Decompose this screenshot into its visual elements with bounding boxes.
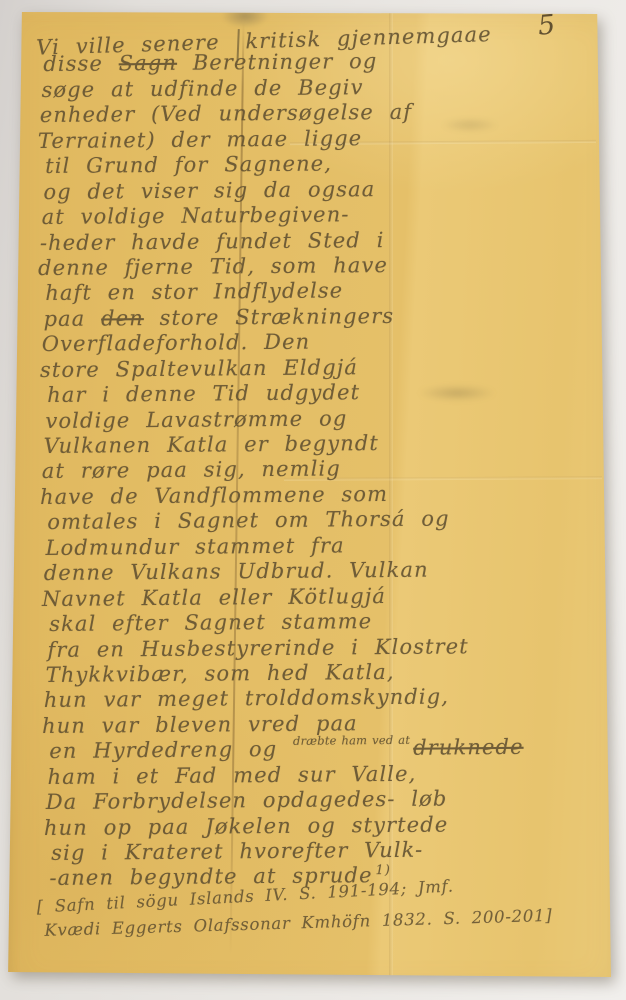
text-segment: store Spaltevulkan Eldgjá — [40, 355, 358, 382]
manuscript-photo: 5 Vi ville senere kritisk gjennemgaaedis… — [0, 0, 626, 1000]
text-segment: at voldige Naturbegiven- — [42, 202, 350, 229]
struck-text: druknede — [413, 735, 524, 760]
text-segment: Terrainet) der maae ligge — [38, 126, 362, 153]
text-segment: Da Forbrydelsen opdagedes- løb — [46, 787, 448, 815]
text-segment: denne Vulkans Udbrud. Vulkan — [44, 558, 429, 585]
text-segment: enheder (Ved undersøgelse af — [40, 100, 413, 127]
text-segment: denne fjerne Tid, som have — [38, 253, 388, 280]
text-segment: -heder havde fundet Sted i — [40, 228, 385, 255]
text-segment: en Hyrdedreng og — [49, 737, 293, 763]
text-segment: have de Vandflommene som — [40, 482, 388, 509]
text-segment: og det viser sig da ogsaa — [43, 177, 375, 204]
manuscript-text: Vi ville senere kritisk gjennemgaaedisse… — [40, 22, 623, 892]
text-segment: Vulkanen Katla er begyndt — [44, 431, 379, 458]
text-segment: fra en Husbestyrerinde i Klostret — [47, 634, 469, 662]
text-segment: sig i Krateret hvorefter Vulk- — [51, 838, 423, 865]
text-segment: har i denne Tid udgydet — [47, 380, 360, 407]
text-segment: hun var meget trolddomskyndig, — [44, 685, 449, 713]
text-segment: Thykkvibær, som hed Katla, — [46, 660, 395, 687]
paper-shadow: 5 Vi ville senere kritisk gjennemgaaedis… — [0, 0, 626, 1000]
text-segment: haft en stor Indflydelse — [45, 279, 343, 306]
text-segment: Lodmundur stammet fra — [45, 533, 344, 560]
manuscript-paper: 5 Vi ville senere kritisk gjennemgaaedis… — [0, 0, 626, 1000]
text-segment: voldige Lavastrømme og — [45, 406, 347, 433]
text-segment: ham i et Fad med sur Valle, — [47, 761, 416, 788]
text-segment: søge at udfinde de Begiv — [41, 75, 363, 102]
inserted-text: dræbte ham ved at — [293, 733, 410, 748]
text-segment: til Grund for Sagnene, — [45, 152, 332, 179]
text-segment: omtales i Sagnet om Thorsá og — [47, 507, 450, 535]
text-segment: at røre paa sig, nemlig — [42, 457, 341, 484]
text-segment: Overfladeforhold. Den — [42, 330, 311, 356]
footnote-marker: 1) — [375, 863, 391, 878]
struck-text: den — [101, 306, 144, 330]
text-segment: store Strækningers — [144, 304, 395, 330]
text-segment: skal efter Sagnet stamme — [49, 609, 372, 636]
text-segment: paa — [43, 306, 101, 331]
text-segment: Navnet Katla eller Kötlugjá — [42, 584, 386, 611]
text-segment: hun op paa Jøkelen og styrtede — [44, 812, 449, 840]
